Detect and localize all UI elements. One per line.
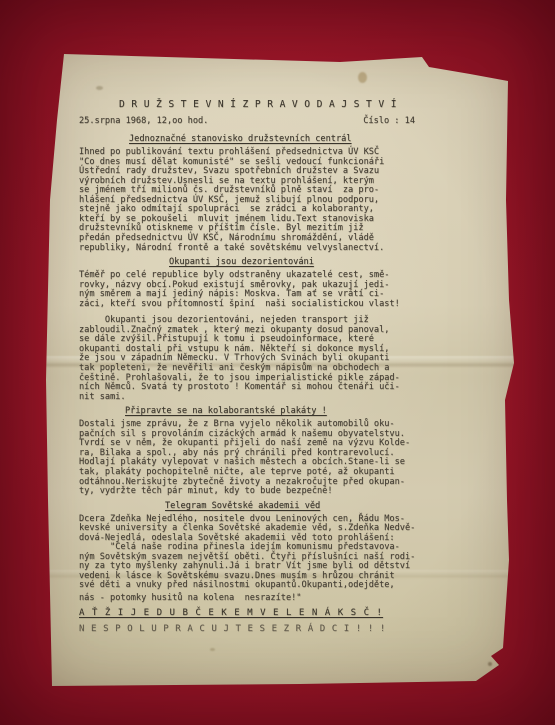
photo-backdrop: D R U Ž S T E V N Í Z P R A V O D A J S … bbox=[0, 0, 555, 725]
issue-number: Číslo : 14 bbox=[363, 117, 415, 127]
typewritten-text: D R U Ž S T E V N Í Z P R A V O D A J S … bbox=[79, 100, 435, 635]
issue-date: 25.srpna 1968, 12,oo hod. bbox=[79, 117, 208, 127]
telegram-closing-line: nás - potomky husitů na kolena nesrazíte… bbox=[79, 594, 435, 604]
section-paragraph: Dcera Zdeňka Nejedlého, nositele dvou Le… bbox=[79, 515, 435, 591]
section-3: Připravte se na kolaborantské plakáty ! bbox=[125, 406, 435, 417]
section-heading-okupanti: Okupanti jsou dezorientováni bbox=[169, 257, 314, 268]
paper-stain bbox=[210, 648, 215, 651]
section-heading-stanovisko: Jednoznačné stanovisko družstevních cent… bbox=[129, 134, 351, 145]
section-1: Jednoznačné stanovisko družstevních cent… bbox=[129, 134, 435, 145]
section-heading-telegram: Telegram Sovětské akademii věd bbox=[165, 501, 320, 512]
paper-stain bbox=[96, 86, 103, 90]
paper-stain bbox=[488, 662, 492, 666]
slogan-dubcek-ksc: A Ť Ž I J E D U B Č E K E M V E L E N Á … bbox=[79, 609, 383, 619]
newsletter-title: D R U Ž S T E V N Í Z P R A V O D A J S … bbox=[119, 100, 435, 110]
date-line: 25.srpna 1968, 12,oo hod. Číslo : 14 bbox=[79, 117, 415, 127]
slogan-no-collaboration: N E S P O L U P R A C U J T E S E Z R Á … bbox=[79, 625, 435, 635]
section-paragraph: Ihned po publikování textu prohlášení př… bbox=[79, 148, 435, 253]
section-paragraph: Okupanti jsou dezorientováni, nejeden tr… bbox=[79, 316, 435, 402]
section-heading-plakaty: Připravte se na kolaborantské plakáty ! bbox=[125, 406, 327, 417]
paper: D R U Ž S T E V N Í Z P R A V O D A J S … bbox=[0, 0, 555, 725]
section-paragraph: Téměř po celé republice byly odstraněny … bbox=[79, 271, 435, 309]
section-2: Okupanti jsou dezorientováni bbox=[169, 257, 435, 268]
paper-stain bbox=[358, 72, 367, 83]
section-paragraph: Dostali jsme zprávu, že z Brna vyjelo ně… bbox=[79, 420, 435, 496]
section-4: Telegram Sovětské akademii věd bbox=[165, 501, 435, 512]
slogan-row: A Ť Ž I J E D U B Č E K E M V E L E N Á … bbox=[79, 604, 435, 619]
